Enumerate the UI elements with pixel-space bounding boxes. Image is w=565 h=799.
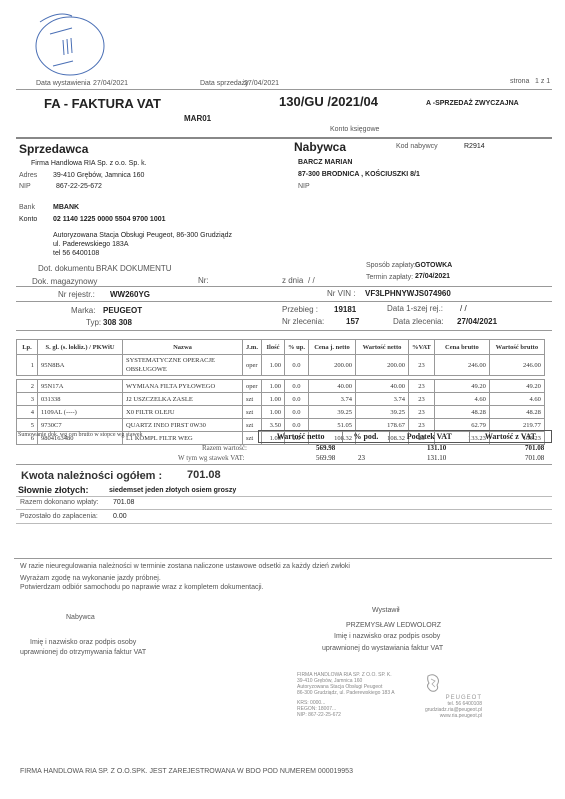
total-net: 569.98 [316, 444, 335, 452]
sale-date-label: Data sprzedaży [200, 80, 249, 87]
seller-nip: 867-22-25-672 [56, 183, 102, 190]
cell-unit: szt [243, 393, 262, 406]
col-discount: % up. [285, 340, 309, 355]
doc-date-label: z dnia [282, 276, 303, 285]
due-date: 27/04/2021 [415, 273, 450, 280]
cell-qty: 1.00 [262, 380, 285, 393]
cell-name-line1: SYSTEMATYCZNE OPERACJE [126, 356, 239, 365]
cell-vat: 23 [408, 380, 434, 393]
col-net-value: Wartość netto [355, 340, 408, 355]
order-date-label: Data zlecenia: [393, 317, 444, 326]
issuer-signature-title: Wystawił [372, 607, 400, 614]
buyer-code: R2914 [464, 143, 485, 150]
col-code: S. gl. (s. lokliz.) / PKWiU [38, 340, 123, 355]
col-gross-value: Wartość brutto [489, 340, 544, 355]
cell-vat: 23 [408, 406, 434, 419]
payment-method: GOTOWKA [415, 262, 452, 269]
cell-code: 9730C7 [38, 419, 123, 432]
order-date: 27/04/2021 [457, 317, 497, 326]
amount-due: 701.08 [187, 469, 221, 481]
cell-lp: 2 [17, 380, 38, 393]
buyer-signature-title: Nabywca [66, 614, 95, 621]
sale-type: A -SPRZEDAŻ ZWYCZAJNA [426, 100, 519, 107]
cell-code: 031338 [38, 393, 123, 406]
account-label: Konto księgowe [330, 126, 379, 133]
vehicle-type: 308 308 [103, 318, 132, 327]
rate-net: 569.98 [316, 454, 335, 462]
cell-disc: 0.0 [285, 406, 309, 419]
seller-nip-label: NIP [19, 183, 31, 190]
total-gross: 701.08 [525, 444, 544, 452]
cell-gross-value: 4.60 [489, 393, 544, 406]
cell-net-value: 3.74 [355, 393, 408, 406]
reg-number: WW260YG [110, 290, 150, 299]
vin-label: Nr VIN : [327, 289, 355, 298]
summary-col-vat: Podatek VAT [390, 431, 470, 442]
col-name: Nazwa [123, 340, 243, 355]
station-line-1: Autoryzowana Stacja Obsługi Peugeot, 86-… [53, 232, 232, 239]
amount-due-label: Kwota należności ogółem : [21, 470, 162, 482]
doc-ref-label: Dot. dokumentu [38, 264, 94, 273]
cell-disc: 0.0 [285, 380, 309, 393]
cell-gross-price: 49.20 [434, 380, 489, 393]
cell-name: X0 FILTR OLEJU [123, 406, 243, 419]
seller-address: 39-410 Grębów, Jamnica 160 [53, 172, 144, 179]
summary-col-rate: % pod. [343, 431, 390, 442]
stamp-line4: 86-300 Grudziądz, ul. Paderewskiego 183 … [297, 690, 395, 696]
doc-ref-value: BRAK DOKUMENTU [96, 264, 172, 273]
cell-unit: szt [243, 406, 262, 419]
first-reg-label: Data 1-szej rej.: [387, 304, 443, 313]
first-reg: / / [460, 304, 467, 313]
company-stamp: FIRMA HANDLOWA RIA SP. Z O.O. SP. K. 39-… [297, 672, 395, 718]
table-row: 3031338J2 USZCZELKA ZASLEszt1.000.03.743… [17, 393, 545, 406]
amount-words: siedemset jeden złotych osiem groszy [109, 487, 236, 494]
type-label: Typ: [86, 318, 101, 327]
buyer-heading: Nabywca [294, 140, 346, 154]
rate-gross: 701.08 [525, 454, 544, 462]
order-number-label: Nr zlecenia: [282, 317, 324, 326]
page-label: strona [510, 78, 529, 85]
stamp-web: www.ria.peugeot.pl [400, 713, 482, 719]
sale-date: 27/04/2021 [244, 80, 279, 87]
summary-note: Sumowanie dok. wg cen brutto w stopce wg… [18, 432, 142, 438]
station-line-3: tel 56 6400108 [53, 250, 99, 257]
make-label: Marka: [71, 306, 95, 315]
cell-code: 1109AL (----) [38, 406, 123, 419]
note-pickup: Potwierdzam odbiór samochodu po naprawie… [20, 584, 264, 591]
issue-date-label: Data wystawienia [36, 80, 90, 87]
buyer-name: BARCZ MARIAN [298, 159, 352, 166]
peugeot-lion-icon [422, 672, 444, 694]
page-number: 1 z 1 [535, 78, 550, 85]
table-header-row: Lp. S. gl. (s. lokliz.) / PKWiU Nazwa J.… [17, 340, 545, 355]
mileage-label: Przebieg : [282, 305, 318, 314]
cell-net-value: 39.25 [355, 406, 408, 419]
stamp-contact: PEUGEOT tel. 56 6400108 grudziadz.ria@pe… [400, 695, 482, 719]
cell-gross-value: 246.00 [489, 355, 544, 376]
warehouse-nr-label: Nr: [198, 276, 209, 285]
cell-net-price: 40.00 [308, 380, 355, 393]
cell-net-value: 40.00 [355, 380, 408, 393]
account-number-label: Konto [19, 216, 37, 223]
table-row: 195N8BASYSTEMATYCZNE OPERACJEOBSŁUGOWEop… [17, 355, 545, 376]
amount-words-label: Słownie złotych: [18, 485, 89, 495]
doc-date-value: / / [308, 276, 315, 285]
cell-gross-price: 48.28 [434, 406, 489, 419]
buyer-code-label: Kod nabywcy [396, 143, 438, 150]
stamp-line7: NIP: 867-22-25-672 [297, 712, 395, 718]
table-row: 41109AL (----)X0 FILTR OLEJUszt1.000.039… [17, 406, 545, 419]
handwritten-mark-icon [28, 8, 118, 78]
cell-gross-price: 4.60 [434, 393, 489, 406]
col-qty: Ilość [262, 340, 285, 355]
summary-col-net: Wartość netto [259, 431, 343, 442]
cell-lp: 3 [17, 393, 38, 406]
document-number: 130/GU /2021/04 [279, 94, 378, 109]
buyer-nip-label: NIP [298, 183, 310, 190]
bank-name: MBANK [53, 204, 79, 211]
cell-disc: 0.0 [285, 355, 309, 376]
cell-gross-value: 49.20 [489, 380, 544, 393]
col-lp: Lp. [17, 340, 38, 355]
bank-label: Bank [19, 204, 35, 211]
remaining-label: Pozostało do zapłacenia: [20, 513, 98, 520]
account-number: 02 1140 1225 0000 5504 9700 1001 [53, 216, 166, 223]
cell-qty: 1.00 [262, 393, 285, 406]
issuer-signature-line2: uprawnionej do wystawiania faktur VAT [322, 645, 443, 652]
make: PEUGEOT [103, 306, 142, 315]
cell-vat: 23 [408, 355, 434, 376]
total-label: Razem wartość: [202, 444, 247, 452]
due-date-label: Termin zapłaty: [366, 274, 413, 281]
issuer-name: PRZEMYSŁAW LEDWOLORZ [346, 622, 441, 629]
cell-net-price: 200.00 [308, 355, 355, 376]
payment-method-label: Sposób zapłaty: [366, 262, 416, 269]
seller-address-label: Adres [19, 172, 37, 179]
cell-unit: oper [243, 355, 262, 376]
rate-percent: 23 [358, 454, 365, 462]
cell-lp: 5 [17, 419, 38, 432]
issue-date: 27/04/2021 [93, 80, 128, 87]
buyer-signature-line1: Imię i nazwisko oraz podpis osoby [30, 639, 136, 646]
reg-number-label: Nr rejestr.: [58, 290, 95, 299]
cell-lp: 1 [17, 355, 38, 376]
col-vat: %VAT [408, 340, 434, 355]
seller-heading: Sprzedawca [19, 142, 88, 156]
cell-code: 95N8BA [38, 355, 123, 376]
station-line-2: ul. Paderewskiego 183A [53, 241, 129, 248]
cell-gross-value: 48.28 [489, 406, 544, 419]
cell-name-line2: OBSŁUGOWE [126, 365, 239, 374]
rate-vat: 131.10 [427, 454, 446, 462]
cell-code: 95N17A [38, 380, 123, 393]
cell-net-price: 3.74 [308, 393, 355, 406]
seller-name: Firma Handlowa RIA Sp. z o.o. Sp. k. [31, 160, 147, 167]
cell-name: J2 USZCZELKA ZASLE [123, 393, 243, 406]
cell-vat: 23 [408, 393, 434, 406]
cell-qty: 1.00 [262, 406, 285, 419]
order-number: 157 [346, 317, 359, 326]
cell-disc: 0.0 [285, 393, 309, 406]
buyer-signature-line2: uprawnionej do otrzymywania faktur VAT [20, 649, 146, 656]
cell-gross-price: 246.00 [434, 355, 489, 376]
note-interest: W razie nieuregulowania należności w ter… [20, 563, 350, 570]
paid-label: Razem dokonano wpłaty: [20, 499, 99, 506]
cell-name: SYSTEMATYCZNE OPERACJEOBSŁUGOWE [123, 355, 243, 376]
rate-label: W tym wg stawek VAT: [178, 454, 245, 462]
issuer-signature-line1: Imię i nazwisko oraz podpis osoby [334, 633, 440, 640]
summary-col-gross: Wartość z VAT [470, 431, 551, 442]
col-unit: J.m. [243, 340, 262, 355]
cell-net-value: 200.00 [355, 355, 408, 376]
vin: VF3LPHNYWJS074960 [365, 289, 451, 298]
paid-amount: 701.08 [113, 499, 134, 506]
footer-bdo-note: FIRMA HANDLOWA RIA SP. Z O.O.SPK. JEST Z… [20, 768, 353, 775]
document-code: MAR01 [184, 114, 211, 123]
col-gross-price: Cena brutto [434, 340, 489, 355]
total-vat: 131.10 [427, 444, 446, 452]
cell-unit: oper [243, 380, 262, 393]
cell-lp: 4 [17, 406, 38, 419]
cell-name: QUARTZ INEO FIRST 0W30 [123, 419, 243, 432]
note-test-drive: Wyrażam zgodę na wykonanie jazdy próbnej… [20, 575, 161, 582]
summary-header: Wartość netto % pod. Podatek VAT Wartość… [258, 430, 552, 443]
buyer-address: 87-300 BRODNICA , KOŚCIUSZKI 8/1 [298, 171, 420, 178]
cell-qty: 1.00 [262, 355, 285, 376]
cell-net-price: 39.25 [308, 406, 355, 419]
table-row: 295N17AWYMIANA FILTA PYŁOWEGOoper1.000.0… [17, 380, 545, 393]
cell-name: WYMIANA FILTA PYŁOWEGO [123, 380, 243, 393]
mileage: 19181 [334, 305, 356, 314]
document-type: FA - FAKTURA VAT [44, 96, 161, 111]
remaining-amount: 0.00 [113, 513, 127, 520]
warehouse-doc-label: Dok. magazynowy [32, 277, 97, 286]
col-net-price: Cena j. netto [308, 340, 355, 355]
